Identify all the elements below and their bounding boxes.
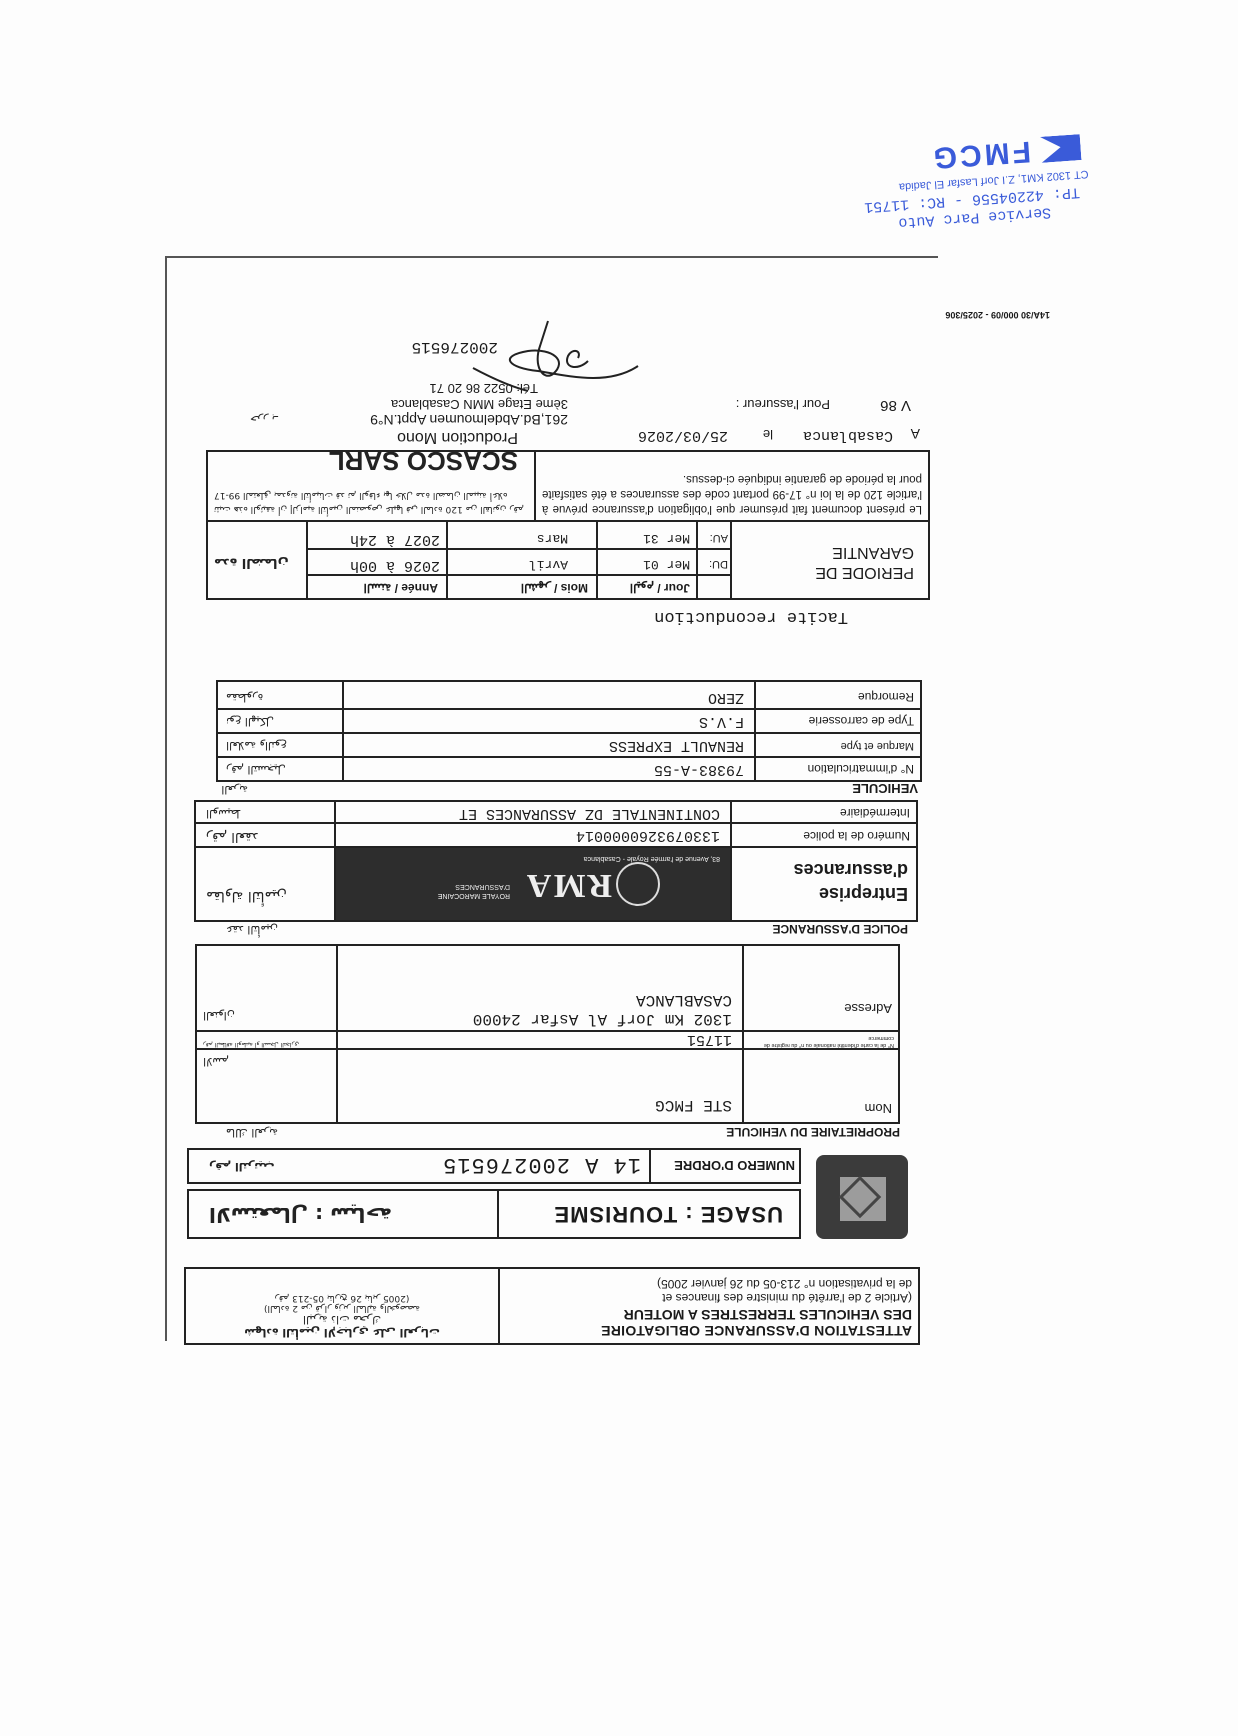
period-from-year: 2026 à 00h <box>350 557 440 574</box>
header-arabic-box: شهادة التأمين الإجباري على العربات البري… <box>184 1267 500 1345</box>
owner-name-arabic: الاسم <box>203 1055 328 1068</box>
rma-logo-banner: RMA ROYALE MAROCAINE D'ASSURANCES 83, Av… <box>336 848 730 920</box>
period-col-day: Jour / اليوم <box>630 581 690 595</box>
header-title-line2: DES VEHICULES TERRESTRES A MOTEUR <box>500 1307 918 1323</box>
policy-table: Entreprise d'assurances RMA ROYALE MAROC… <box>194 800 918 922</box>
footer-place: Casablanca <box>803 427 893 444</box>
registration-label: N° d'immatriculation <box>808 762 914 776</box>
period-table: PERIODE DE GARANTIE Jour / اليوم Mois / … <box>206 520 930 600</box>
print-reference: 14A/30 000/09 - 2025/306 <box>945 310 1050 320</box>
owner-id-label: N° de la carte d'identité nationale ou n… <box>744 1034 894 1048</box>
period-from-month: Avril <box>529 557 568 572</box>
owner-table: Nom STE FMCG الاسم N° de la carte d'iden… <box>195 944 900 1124</box>
period-to-year: 2027 à 24h <box>350 531 440 548</box>
body-type-label: Type de carrosserie <box>809 714 914 728</box>
period-to-day: Mer 31 <box>643 531 690 546</box>
frame-line-right <box>165 256 167 1341</box>
header-arabic-line3: (المادة 2 من قرار وزير المالية والخوصصة <box>186 1303 498 1313</box>
stamp-line1: Production Mono <box>397 428 518 446</box>
owner-id-arabic: رقم البطاقة الوطنية أو السجل التجاري <box>203 1041 328 1048</box>
fmcg-brand: FMCG <box>929 134 1031 175</box>
order-arabic: رقم الترتيب <box>209 1160 275 1173</box>
trailer-arabic: مقطورة <box>226 691 336 704</box>
frame-line-bottom <box>165 256 938 258</box>
period-to-month: Mars <box>537 531 568 546</box>
period-arabic: مدة الضمان <box>214 555 298 570</box>
company-address: 83, Avenue de l'armée Royale - Casablanc… <box>584 855 720 862</box>
header-arabic-line2: البرية ذات محرك <box>186 1313 498 1326</box>
attestation-sheet: ATTESTATION D'ASSURANCE OBLIGATOIRE DES … <box>0 0 1238 1736</box>
footer-for-insurer: Pour l'assureur : <box>736 397 830 412</box>
period-col-year: Année / السنة <box>364 581 438 595</box>
footer-date: 25/03/2026 <box>638 427 728 444</box>
company-label: Entreprise d'assurances <box>748 858 908 906</box>
order-number: 14 A 200276515 <box>442 1152 641 1177</box>
make-value: RENAULT EXPRESS <box>609 737 744 754</box>
trailer-value: ZERO <box>708 689 744 706</box>
owner-name-value: STE FMCG <box>655 1096 732 1114</box>
vehicle-section-title: VEHICULE <box>852 781 918 796</box>
make-label: Marque et type <box>841 740 914 752</box>
header-arabic-line4: رقم 213-05 بتاريخ 26 يناير 2005) <box>186 1293 498 1303</box>
owner-address-value: 1302 Km Jorf Al Asfar 24000 CASABLANCA <box>473 990 732 1028</box>
order-box: NUMERO D'ORDRE 14 A 200276515 رقم الترتي… <box>187 1148 801 1184</box>
period-label: PERIODE DE GARANTIE <box>744 542 914 582</box>
statement-box: Le présent document fait présumer que l'… <box>206 450 930 520</box>
usage-box: USAGE : TOURISME الاستعمال : سياحة <box>187 1189 801 1239</box>
period-to-label: AU: <box>710 532 728 544</box>
usage-label: USAGE : TOURISME <box>553 1201 783 1227</box>
registration-value: 79383-A-55 <box>654 761 744 778</box>
fmcg-stamp: Service Parc Auto TP: 42204556 - RC: 117… <box>844 108 1091 234</box>
company-arabic: مقاولة التأمين <box>206 888 326 904</box>
header-subtitle-line1: (Article 2 de l'arrêté du ministre des f… <box>500 1291 918 1307</box>
owner-address-arabic: العنوان <box>203 1009 328 1022</box>
statement-arabic: تثبت هذه الوثيقة أن إلزامية التأمين المن… <box>214 488 528 516</box>
footer-date-prefix: le <box>763 427 773 442</box>
company-name: RMA <box>525 866 612 904</box>
policy-number-label: Numéro de la police <box>803 829 910 843</box>
make-arabic: العلامة والنوع <box>226 739 336 752</box>
owner-section-title: PROPRIETAIRE DU VEHICULE <box>726 1125 900 1139</box>
registration-arabic: رقم التسجيل <box>226 763 336 776</box>
fmcg-logo-icon <box>1040 134 1082 163</box>
intermediary-arabic: الوسيط <box>206 807 326 820</box>
period-col-month: Mois / الشهر <box>521 581 588 595</box>
statement-text: Le présent document fait présumer que l'… <box>542 471 922 516</box>
intermediary-label: Intermédiaire <box>840 806 910 820</box>
owner-address-label: Adresse <box>844 1001 892 1016</box>
owner-section-arabic: مالك العربة <box>226 1126 278 1139</box>
signature <box>458 316 648 406</box>
tacite-reconduction: Tacite reconduction <box>654 607 848 626</box>
footer-code: V 86 <box>880 397 911 414</box>
policy-section-title: POLICE D'ASSURANCE <box>772 922 908 936</box>
policy-section-arabic: عقد التأمين <box>226 923 278 936</box>
footer-arabic-place: حرر بـ <box>250 413 278 426</box>
header-title-line1: ATTESTATION D'ASSURANCE OBLIGATOIRE <box>500 1323 918 1343</box>
company-sub: ROYALE MAROCAINE D'ASSURANCES <box>420 882 510 900</box>
order-label: NUMERO D'ORDRE <box>674 1158 795 1173</box>
vehicle-section-arabic: العربة <box>221 783 248 796</box>
period-from-label: DU: <box>709 558 728 570</box>
policy-number-value: 1330793260000014 <box>576 827 720 844</box>
owner-id-value: 11751 <box>687 1031 732 1048</box>
body-type-arabic: نوع الهيكل <box>226 715 336 728</box>
header-subtitle-line2: de la privatisation n° 213-05 du 26 janv… <box>500 1277 918 1291</box>
policy-number-arabic: رقم العقد <box>206 829 326 844</box>
period-from-day: Mer 01 <box>643 557 690 572</box>
header-arabic-title: شهادة التأمين الإجباري على العربات <box>186 1326 498 1339</box>
stamp-name: SCASCO SARL <box>329 445 518 476</box>
emblem-logo <box>816 1155 908 1239</box>
footer-place-prefix: A <box>911 426 920 442</box>
trailer-label: Remorque <box>858 690 914 704</box>
stamp-line2: 261,Bd.Abdelmoumen Appt.N°9 <box>370 412 568 428</box>
vehicle-table: N° d'immatriculation 79383-A-55 رقم التس… <box>216 680 922 782</box>
usage-arabic: الاستعمال : سياحة <box>209 1203 392 1227</box>
owner-name-label: Nom <box>865 1101 892 1116</box>
intermediary-value: CONTINENTALE DZ ASSURANCES ET <box>459 805 720 822</box>
header-title-box: ATTESTATION D'ASSURANCE OBLIGATOIRE DES … <box>500 1267 920 1345</box>
body-type-value: F.V.S <box>699 713 744 730</box>
